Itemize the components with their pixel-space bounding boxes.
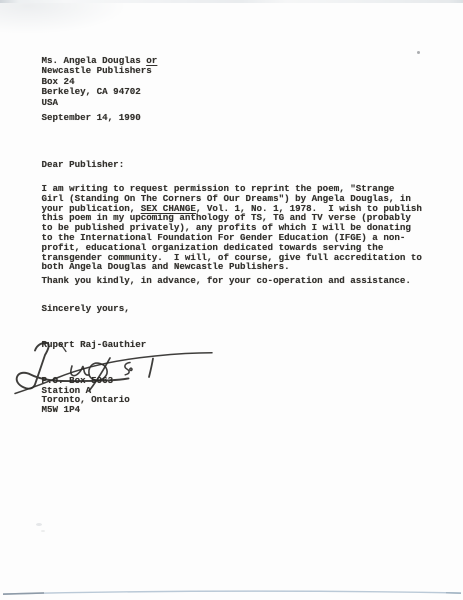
scanned-letter-page: Ms. Angela Douglas or Newcastle Publishe… — [0, 0, 463, 600]
recipient-line: Berkeley, CA 94702 — [42, 87, 158, 98]
sender-address-line: M5W 1P4 — [42, 405, 130, 415]
scan-bottom-edge-artifact — [0, 584, 463, 600]
body-paragraph-1: I am writing to request permission to re… — [42, 184, 422, 272]
scan-speck — [41, 530, 45, 532]
scan-speck — [36, 523, 42, 526]
scan-top-edge-artifact — [0, 0, 463, 3]
recipient-line: Newcastle Publishers — [42, 66, 158, 77]
recipient-name: Ms. Angela Douglas — [42, 55, 147, 66]
recipient-name-or-underlined: or — [146, 55, 157, 66]
closing-line: Sincerely yours, — [42, 304, 130, 315]
salutation-line: Dear Publisher: — [42, 160, 125, 171]
body-paragraph-2: Thank you kindly, in advance, for your c… — [42, 276, 411, 287]
handwritten-signature — [12, 338, 227, 400]
date-line: September 14, 1990 — [42, 113, 141, 124]
body-line: both Angela Douglas and Newcastle Publis… — [42, 262, 422, 272]
recipient-address-block: Ms. Angela Douglas or Newcastle Publishe… — [42, 56, 158, 109]
scan-speck — [417, 51, 420, 54]
recipient-line: USA — [42, 98, 158, 109]
